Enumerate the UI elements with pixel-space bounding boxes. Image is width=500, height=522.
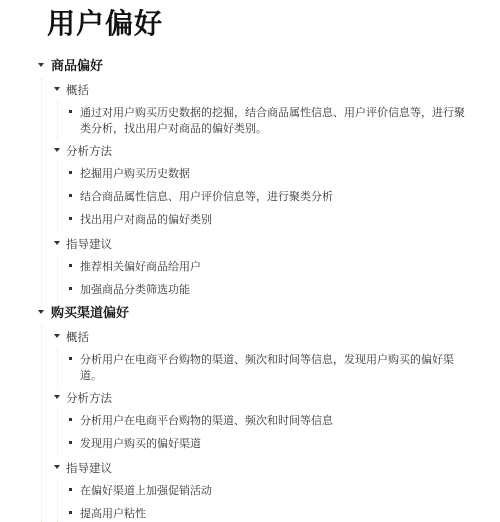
- outline-node-guidance[interactable]: 指导建议: [54, 236, 112, 252]
- outline-node-channel-preference[interactable]: 购买渠道偏好: [38, 305, 129, 323]
- bullet-text: 提高用户粘性: [80, 507, 146, 520]
- bullet-icon: [69, 511, 72, 514]
- page-title: 用户偏好: [47, 6, 163, 42]
- indent-guide: [57, 101, 58, 141]
- node-label: 分析方法: [66, 144, 112, 158]
- outline-bullet-item[interactable]: 分析用户在电商平台购物的渠道、频次和时间等信息，发现用户购买的偏好渠道。: [69, 352, 475, 384]
- outline-node-product-preference[interactable]: 商品偏好: [38, 58, 103, 76]
- bullet-text: 分析用户在电商平台购物的渠道、频次和时间等信息: [80, 414, 333, 427]
- collapse-triangle-icon[interactable]: [54, 395, 60, 399]
- indent-guide: [57, 479, 58, 522]
- outline-bullet-item[interactable]: 通过对用户购买历史数据的挖掘，结合商品属性信息、用户评价信息等，进行聚类分析，找…: [69, 105, 475, 137]
- collapse-triangle-icon[interactable]: [54, 334, 60, 338]
- collapse-triangle-icon[interactable]: [54, 465, 60, 469]
- node-label: 指导建议: [66, 461, 112, 475]
- bullet-text: 找出用户对商品的偏好类别: [80, 213, 212, 226]
- node-label: 分析方法: [66, 391, 112, 405]
- collapse-triangle-icon[interactable]: [38, 310, 44, 314]
- indent-guide: [57, 348, 58, 388]
- bullet-text: 推荐相关偏好商品给用户: [80, 260, 201, 273]
- outline-bullet-item[interactable]: 分析用户在电商平台购物的渠道、频次和时间等信息: [69, 413, 333, 429]
- outline-bullet-item[interactable]: 发现用户购买的偏好渠道: [69, 436, 201, 452]
- indent-guide: [41, 325, 42, 522]
- outline-bullet-item[interactable]: 提高用户粘性: [69, 506, 146, 522]
- node-label: 商品偏好: [51, 59, 103, 74]
- indent-guide: [57, 162, 58, 234]
- node-label: 指导建议: [66, 237, 112, 251]
- outline-bullet-item[interactable]: 加强商品分类筛选功能: [69, 282, 190, 298]
- outline-bullet-item[interactable]: 推荐相关偏好商品给用户: [69, 259, 201, 275]
- outline-node-summary[interactable]: 概括: [54, 329, 89, 345]
- bullet-icon: [69, 488, 72, 491]
- outline-bullet-item[interactable]: 结合商品属性信息、用户评价信息等，进行聚类分析: [69, 189, 333, 205]
- bullet-text: 在偏好渠道上加强促销活动: [80, 484, 212, 497]
- node-label: 概括: [66, 330, 89, 344]
- bullet-icon: [69, 441, 72, 444]
- outline-document: 用户偏好 商品偏好 概括 通过对用户购买历史数据的挖掘，结合商品属性信息、用户评…: [0, 0, 500, 522]
- indent-guide: [57, 409, 58, 457]
- outline-bullet-item[interactable]: 找出用户对商品的偏好类别: [69, 212, 212, 228]
- outline-node-summary[interactable]: 概括: [54, 82, 89, 98]
- collapse-triangle-icon[interactable]: [54, 148, 60, 152]
- bullet-icon: [69, 287, 72, 290]
- indent-guide: [57, 255, 58, 303]
- node-label: 概括: [66, 83, 89, 97]
- bullet-icon: [69, 217, 72, 220]
- collapse-triangle-icon[interactable]: [54, 87, 60, 91]
- node-label: 购买渠道偏好: [51, 306, 129, 321]
- indent-guide: [41, 78, 42, 306]
- bullet-text: 结合商品属性信息、用户评价信息等，进行聚类分析: [80, 190, 333, 203]
- outline-bullet-item[interactable]: 挖掘用户购买历史数据: [69, 166, 190, 182]
- bullet-icon: [69, 194, 72, 197]
- outline-node-analysis-method[interactable]: 分析方法: [54, 143, 112, 159]
- bullet-text: 发现用户购买的偏好渠道: [80, 437, 201, 450]
- bullet-text: 通过对用户购买历史数据的挖掘，结合商品属性信息、用户评价信息等，进行聚类分析，找…: [80, 105, 475, 137]
- bullet-icon: [69, 357, 72, 360]
- bullet-icon: [69, 171, 72, 174]
- outline-node-analysis-method[interactable]: 分析方法: [54, 390, 112, 406]
- bullet-text: 加强商品分类筛选功能: [80, 283, 190, 296]
- collapse-triangle-icon[interactable]: [54, 241, 60, 245]
- outline-node-guidance[interactable]: 指导建议: [54, 460, 112, 476]
- bullet-text: 挖掘用户购买历史数据: [80, 167, 190, 180]
- outline-bullet-item[interactable]: 在偏好渠道上加强促销活动: [69, 483, 212, 499]
- collapse-triangle-icon[interactable]: [38, 63, 44, 67]
- bullet-text: 分析用户在电商平台购物的渠道、频次和时间等信息，发现用户购买的偏好渠道。: [80, 352, 475, 384]
- bullet-icon: [69, 264, 72, 267]
- bullet-icon: [69, 418, 72, 421]
- bullet-icon: [69, 110, 72, 113]
